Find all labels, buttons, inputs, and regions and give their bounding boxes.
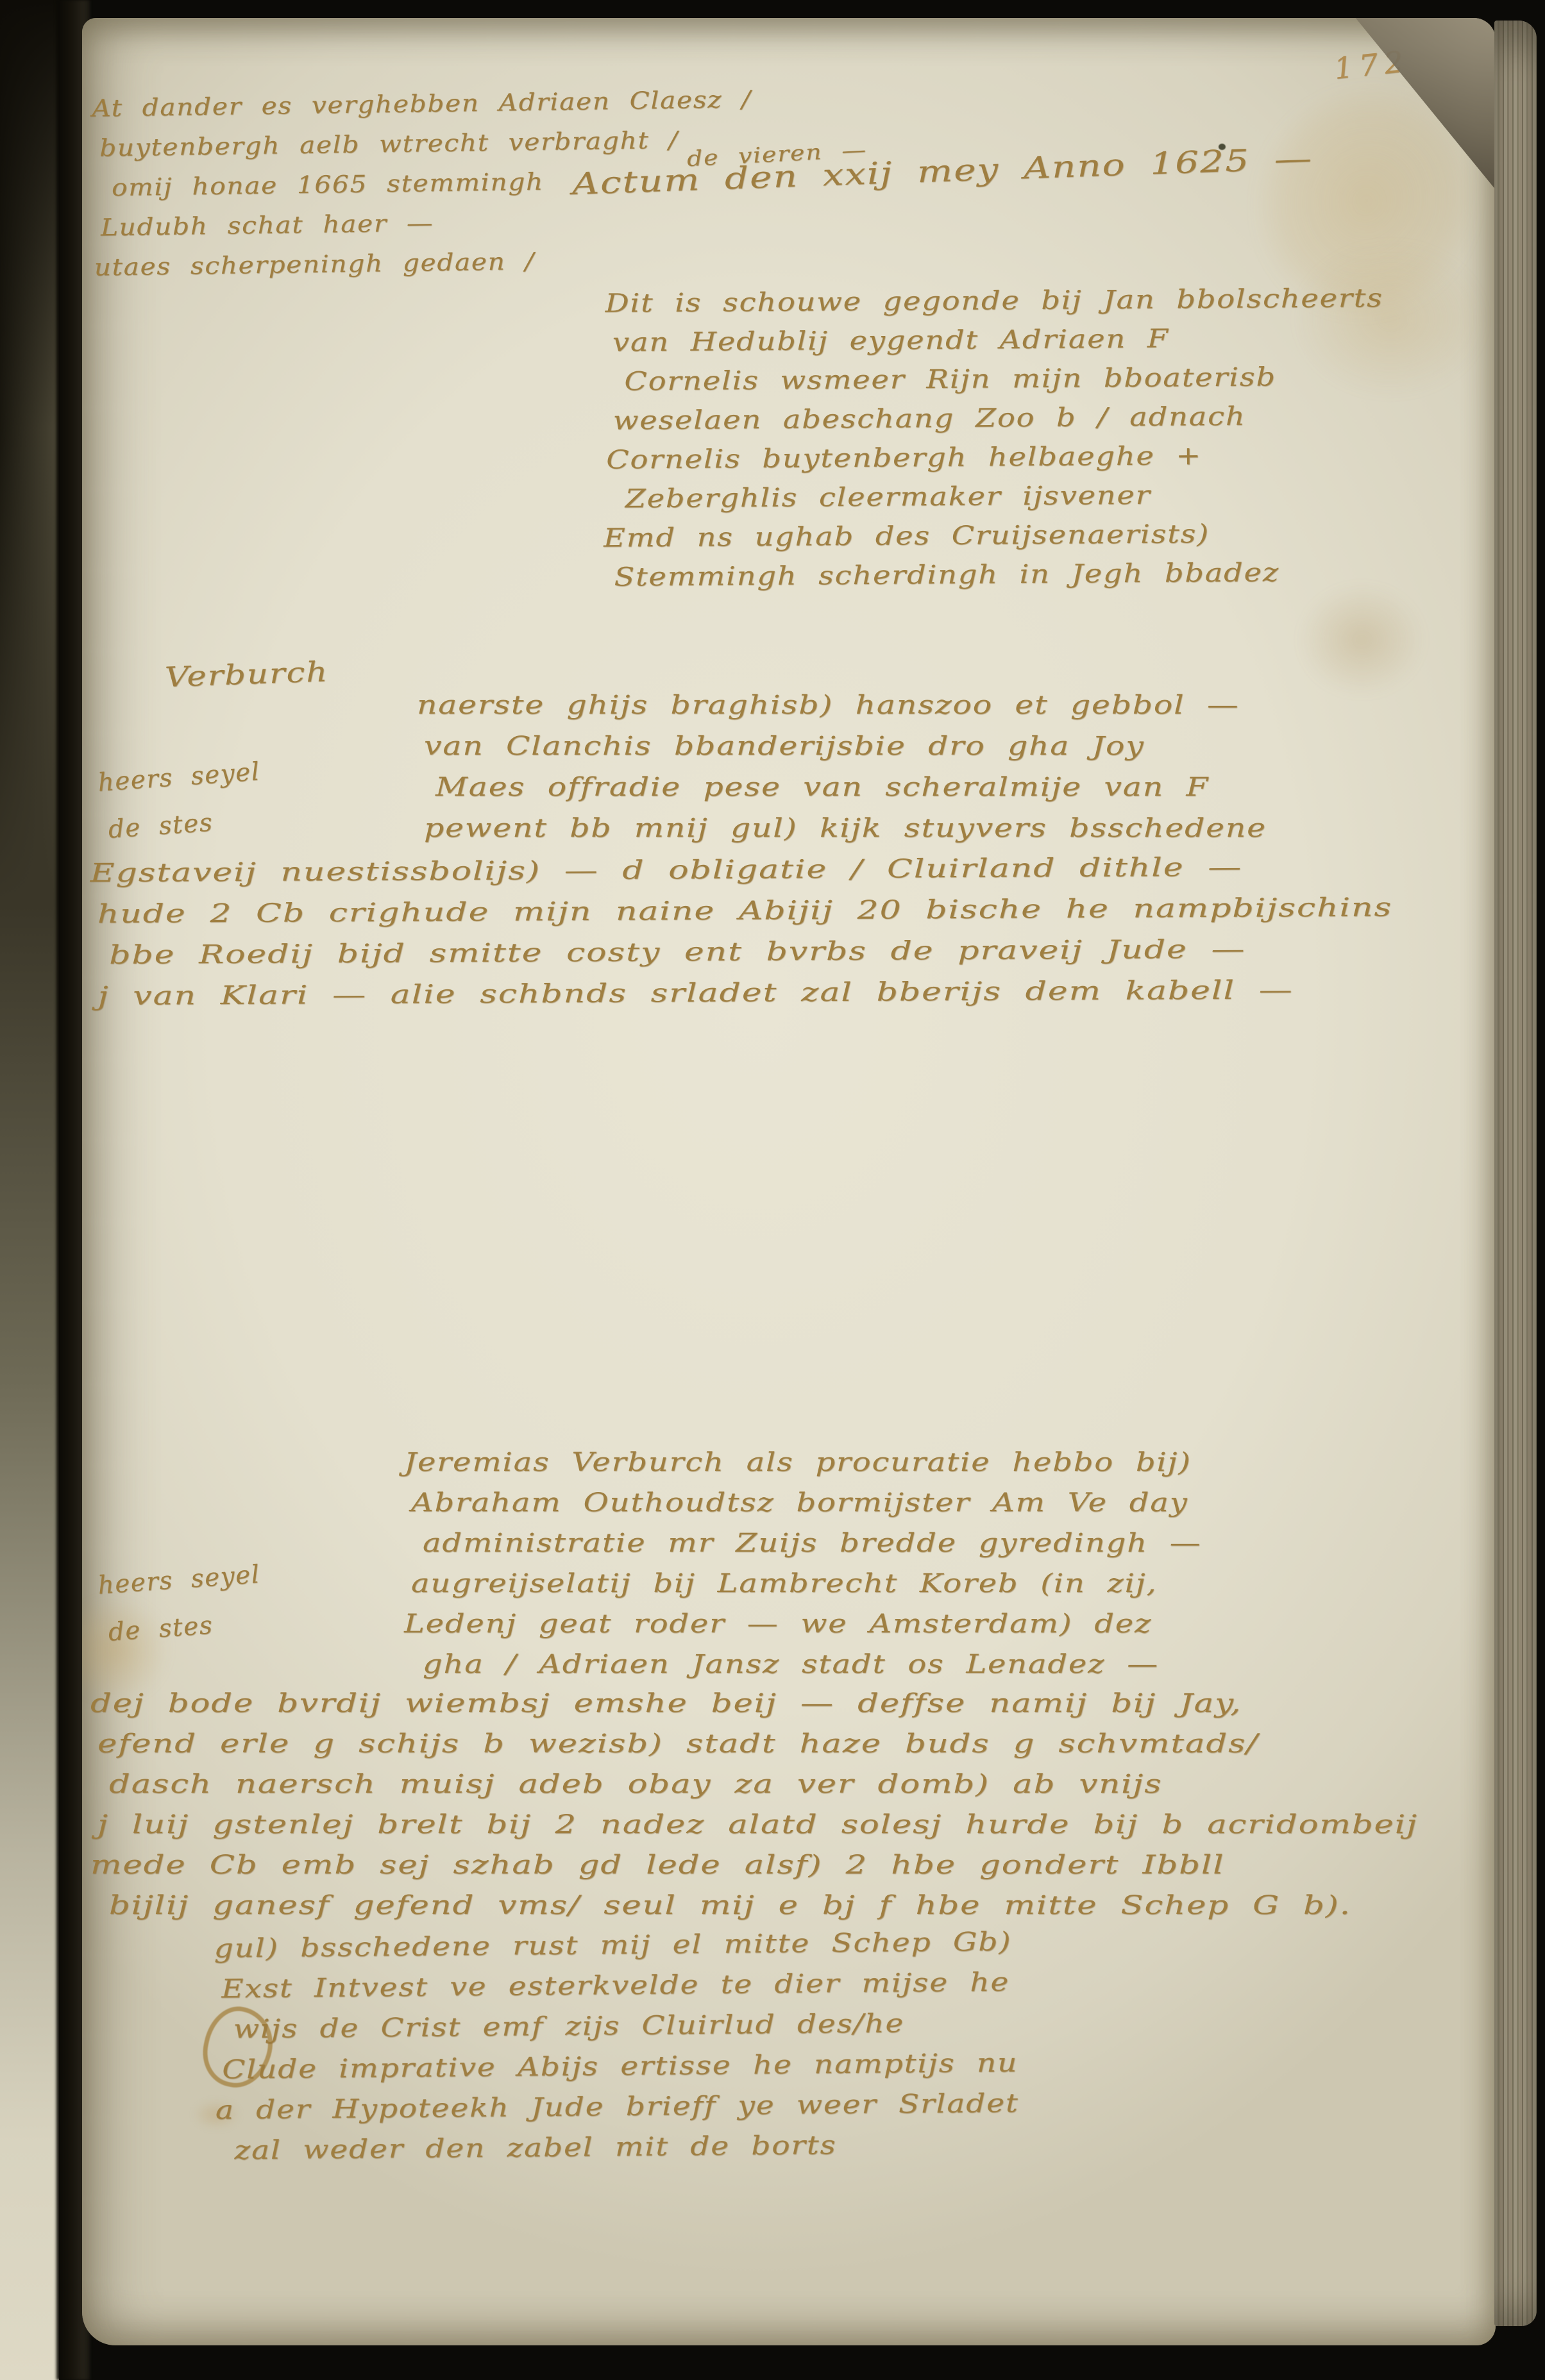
manuscript-line: Stemmingh scherdingh in Jegh bbadez [614,553,1384,597]
manuscript-line: Zeberghlis cleermaker ijsvener [625,474,1381,519]
manuscript-line: augreijselatij bij Lambrecht Koreb (in z… [411,1564,1204,1604]
manuscript-line: Cornelis wsmeer Rijn mijn bboaterisb [624,357,1381,401]
manuscript-line: Maes offradie pese van scheralmije van F [435,767,1264,808]
manuscript-line: de stes [106,796,265,854]
act2-margin-name: Verburch [164,656,329,694]
manuscript-line: a der Hypoteekh Jude brieff ye weer Srla… [215,2084,1020,2131]
manuscript-line: j van Klari — alie schbnds srladet zal b… [97,969,1393,1017]
manuscript-line: Ledenj geat roder — we Amsterdam) dez [404,1604,1205,1645]
act3-paragraph-indented: Jeremias Verburch als procuratie hebbo b… [401,1443,1072,1685]
act3-paragraph-fullwidth: dej bode bvrdij wiembsj emshe beij — def… [87,1684,1129,1926]
manuscript-line: Emd ns ughab des Cruijsenaerists) [604,514,1385,558]
manuscript-line: bbe Roedij bijd smitte costy ent bvrbs d… [109,928,1389,975]
manuscript-line: pewent bb mnij gul) kijk stuyvers bssche… [424,808,1267,849]
manuscript-line: Abraham Outhoudtsz bormijster Am Ve day [411,1483,1204,1523]
manuscript-line: van Clanchis bbanderijsbie dro gha Joy [424,726,1267,767]
act3-margin-seal-note: heers seyelde stes [93,1551,265,1657]
manuscript-line: weselaen abeschang Zoo b / adnach [613,396,1383,440]
manuscript-line: Dit is schouwe gegonde bij Jan bbolschee… [605,279,1383,323]
manuscript-line: bijlij ganesf gefend vms/ seul mij e bj … [109,1886,1415,1926]
manuscript-line: efend erle g schijs b wezisb) stadt haze… [97,1724,1418,1764]
manuscript-line: dasch naersch muisj adeb obay za ver dom… [109,1764,1415,1805]
act2-paragraph-fullwidth: Egstaveij nuestissbolijs) — d obligatie … [87,848,1094,1017]
manuscript-line: utaes scherpeningh gedaen / [94,239,754,287]
facing-page-edge [0,0,59,2380]
manuscript-line: zal weder den zabel mit de borts [234,2124,1017,2172]
manuscript-line: mede Cb emb sej szhab gd lede alsf) 2 hb… [90,1845,1420,1886]
manuscript-line: Egstaveij nuestissbolijs) — d obligatie … [90,846,1394,894]
manuscript-line: van Hedublij eygendt Adriaen F [612,318,1383,362]
manuscript-line: j luij gstenlej brelt bij 2 nadez alatd … [97,1805,1418,1845]
manuscript-line: dej bode bvrdij wiembsj emshe beij — def… [90,1684,1420,1724]
manuscript-line: de stes [106,1598,265,1657]
act1-paragraph: Dit is schouwe gegonde bij Jan bbolschee… [602,280,1278,597]
manuscript-line: administratie mr Zuijs bredde gyredingh … [423,1523,1201,1564]
manuscript-line: Cornelis buytenbergh helbaeghe + [606,435,1385,480]
act3-paragraph-closing: gul) bsschedene rust mij el mitte Schep … [210,1923,897,2171]
manuscript-page: 172 At dander es verghebben Adriaen Clae… [82,18,1496,2345]
manuscript-line: wijs de Crist emf zijs Cluirlud des/he [233,2003,1015,2050]
manuscript-line: hude 2 Cb crighude mijn naine Abijij 20 … [97,887,1393,935]
manuscript-line: naerste ghijs braghisb) hanszoo et gebbo… [417,685,1268,726]
manuscript-line: Clude imprative Abijs ertisse he namptij… [222,2043,1018,2091]
manuscript-line: Jeremias Verburch als procuratie hebbo b… [404,1443,1205,1483]
page-stack-fore-edge [1494,21,1537,2326]
manuscript-scan: 172 At dander es verghebben Adriaen Clae… [0,0,1545,2380]
manuscript-line: gha / Adriaen Jansz stadt os Lenadez — [423,1645,1201,1685]
manuscript-line: gul) bsschedene rust mij el mitte Schep … [214,1922,1018,1970]
act2-paragraph-indented: naerste ghijs braghisb) hanszoo et gebbo… [414,685,1115,849]
manuscript-line: Exst Intvest ve esterkvelde te dier mijs… [221,1963,1017,2010]
act2-margin-seal-note: heers seyelde stes [93,748,265,855]
